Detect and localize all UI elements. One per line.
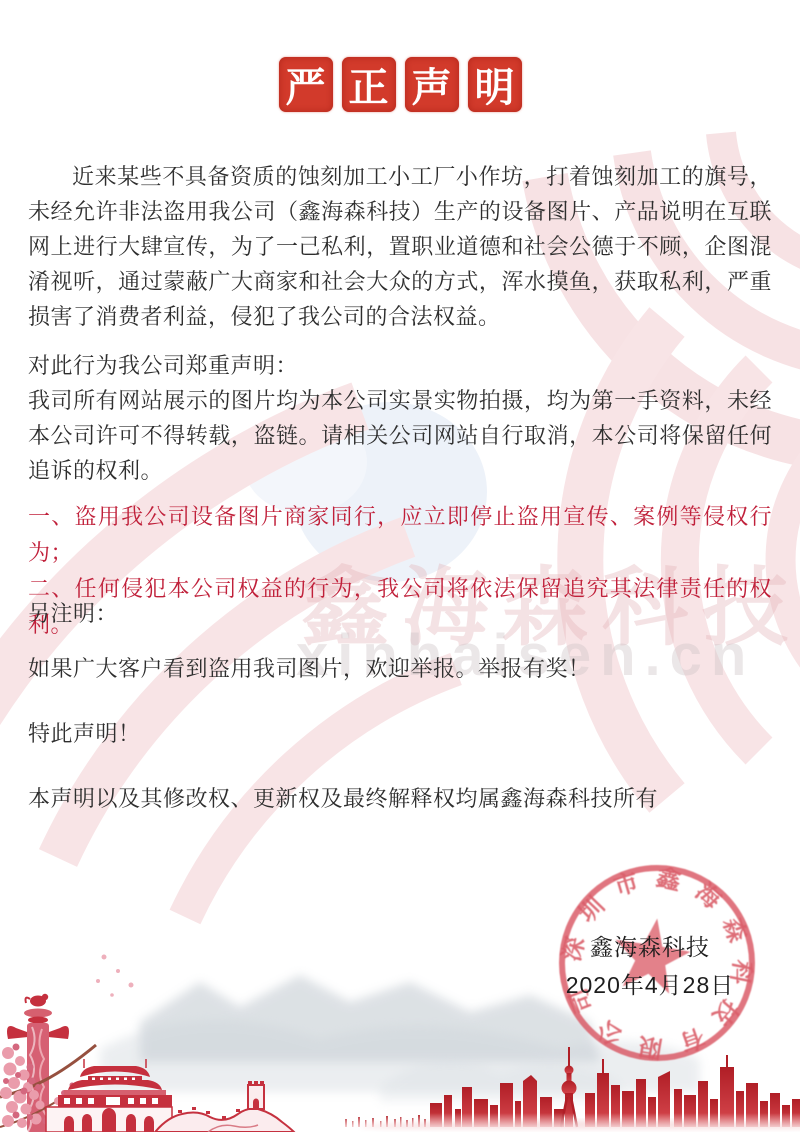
- hereby-block: 特此声明！: [28, 716, 772, 751]
- rights-text: 本声明以及其修改权、更新权及最终解释权均属鑫海森科技所有: [28, 781, 772, 816]
- title-stamp-char-3: 声: [405, 57, 459, 112]
- note-body: 如果广大客户看到盗用我司图片，欢迎举报。举报有奖！: [28, 651, 772, 686]
- signature-date: 2020年4月28日: [540, 967, 760, 1000]
- statement-document: 鑫海森科技 xinhaisen.cn 严 正 声 明 近来某些不具备资质的蚀刻加…: [0, 0, 800, 1132]
- declaration-heading: 对此行为我公司郑重声明：: [28, 348, 772, 383]
- title-stamp-char-1: 严: [279, 57, 333, 112]
- note-heading: 另注明：: [28, 596, 772, 631]
- page-title: 严 正 声 明: [0, 57, 800, 112]
- title-stamp-char-4: 明: [468, 57, 522, 112]
- declaration-block: 对此行为我公司郑重声明： 我司所有网站展示的图片均为本公司实景实物拍摄，均为第一…: [28, 348, 772, 488]
- skyline-fade: [338, 1113, 800, 1132]
- warning-item-1: 一、盗用我公司设备图片商家同行，应立即停止盗用宣传、案例等侵权行为；: [28, 499, 772, 571]
- intro-text: 近来某些不具备资质的蚀刻加工小工厂小作坊，打着蚀刻加工的旗号，未经允许非法盗用我…: [28, 159, 772, 334]
- note-body-block: 如果广大客户看到盗用我司图片，欢迎举报。举报有奖！: [28, 651, 772, 686]
- company-seal: 深圳市鑫海森科技有限公司: [552, 858, 762, 1068]
- rights-block: 本声明以及其修改权、更新权及最终解释权均属鑫海森科技所有: [28, 781, 772, 816]
- declaration-body: 我司所有网站展示的图片均为本公司实景实物拍摄，均为第一手资料，未经本公司许可不得…: [28, 383, 772, 488]
- intro-paragraph: 近来某些不具备资质的蚀刻加工小工厂小作坊，打着蚀刻加工的旗号，未经允许非法盗用我…: [28, 159, 772, 334]
- note-heading-block: 另注明：: [28, 596, 772, 631]
- signature-company-name: 鑫海森科技: [540, 929, 760, 962]
- floating-petals: [96, 955, 134, 997]
- hereby-text: 特此声明！: [28, 716, 772, 751]
- title-stamp-char-2: 正: [342, 57, 396, 112]
